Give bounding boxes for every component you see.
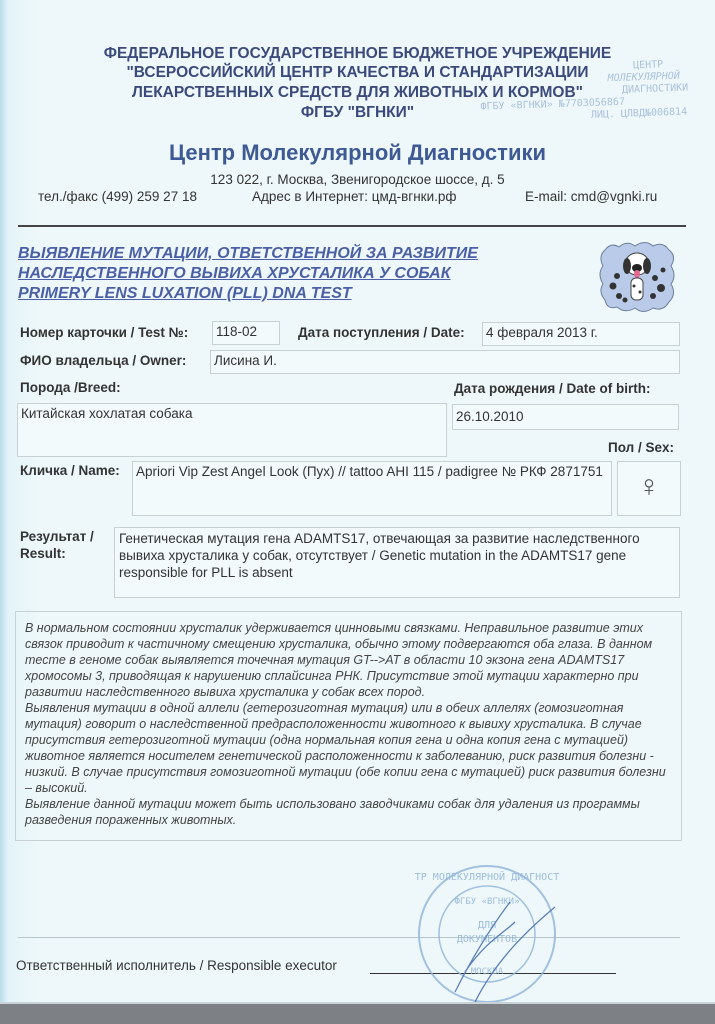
corner-stamp: ЦЕНТР МОЛЕКУЛЯРНОЙ ДИАГНОСТИКИ ФГБУ «ВГН…	[599, 58, 689, 121]
stamp-text: МОСКВА	[471, 967, 504, 977]
email-link[interactable]: E-mail: cmd@vgnki.ru	[525, 189, 657, 204]
test-title-line-3: PRIMERY LENS LUXATION (PLL) DNA TEST	[18, 284, 352, 303]
name-label: Кличка / Name:	[20, 463, 120, 478]
test-title-line-1: ВЫЯВЛЕНИЕ МУТАЦИИ, ОТВЕТСТВЕННОЙ ЗА РАЗВ…	[18, 244, 478, 263]
phone: тел./факс (499) 259 27 18	[38, 189, 197, 204]
footer-divider	[18, 937, 680, 938]
info-paragraph: В нормальном состоянии хрусталик удержив…	[25, 620, 672, 700]
result-field: Генетическая мутация гена ADAMTS17, отве…	[114, 527, 680, 598]
center-name: Центр Молекулярной Диагностики	[0, 140, 715, 166]
dob-label: Дата рождения / Date of birth:	[454, 381, 651, 396]
owner-label: ФИО владельца / Owner:	[20, 353, 186, 368]
executor-label: Ответственный исполнитель / Responsible …	[16, 958, 337, 973]
name-field: Apriori Vip Zest Angel Look (Пух) // tat…	[132, 461, 612, 516]
address: 123 022, г. Москва, Звенигородское шоссе…	[0, 172, 715, 187]
owner-field: Лисина И.	[210, 350, 680, 374]
test-number-field: 118-02	[212, 321, 280, 345]
breed-field: Китайская хохлатая собака	[17, 403, 447, 457]
official-seal-icon: ЦЕНТР МОЛЕКУЛЯРНОЙ ДИАГНОСТИКИ ФГБУ «ВГН…	[415, 862, 560, 1007]
dalmatian-dog-icon	[597, 238, 679, 316]
info-paragraph: Выявление данной мутации может быть испо…	[25, 796, 672, 828]
result-label-2: Result:	[20, 546, 66, 561]
header-divider	[18, 225, 686, 227]
female-sex-icon: ♀	[617, 461, 681, 516]
test-title-line-2: НАСЛЕДСТВЕННОГО ВЫВИХА ХРУСТАЛИКА У СОБА…	[18, 264, 451, 283]
org-name-line-1: ФЕДЕРАЛЬНОЕ ГОСУДАРСТВЕННОЕ БЮДЖЕТНОЕ УЧ…	[0, 44, 715, 63]
stamp-text: ЦЕНТР МОЛЕКУЛЯРНОЙ ДИАГНОСТИКИ	[415, 870, 560, 883]
scan-border	[0, 1004, 715, 1024]
result-label-1: Результат /	[20, 529, 94, 544]
info-description: В нормальном состоянии хрусталик удержив…	[15, 611, 682, 841]
breed-label: Порода /Breed:	[20, 380, 121, 395]
dob-field: 26.10.2010	[452, 404, 679, 430]
date-field: 4 февраля 2013 г.	[482, 322, 680, 346]
sex-label: Пол / Sex:	[608, 440, 674, 455]
info-paragraph: Выявления мутации в одной аллели (гетеро…	[25, 700, 672, 796]
date-label: Дата поступления / Date:	[298, 325, 465, 340]
website-link[interactable]: Адрес в Интернет: цмд-вгнки.рф	[252, 189, 456, 204]
test-number-label: Номер карточки / Test №:	[20, 325, 188, 340]
